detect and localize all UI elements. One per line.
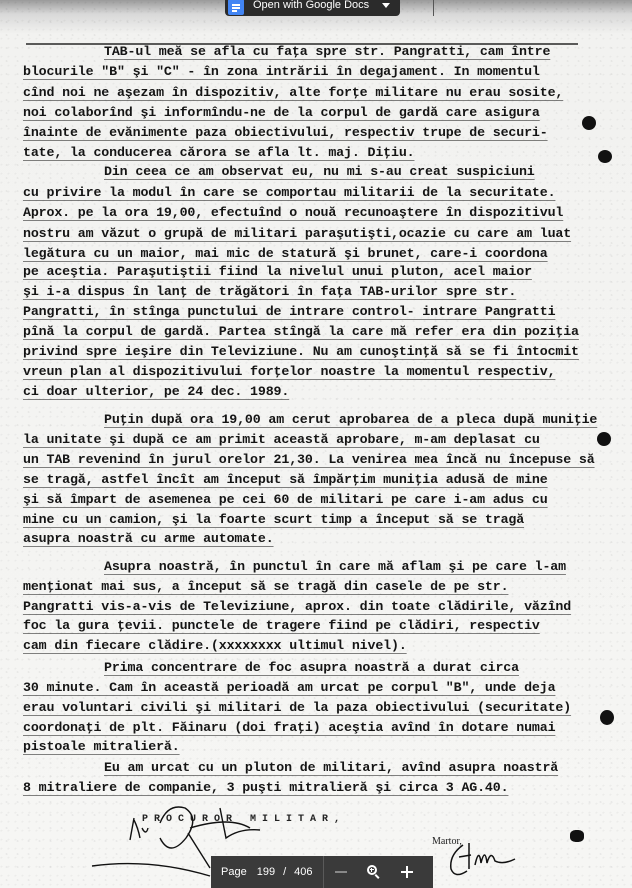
minus-icon	[335, 871, 347, 873]
text-line: Puţin după ora 19,00 am cerut aprobarea …	[104, 412, 597, 428]
text-line: asupra noastră cu arme automate.	[23, 531, 274, 547]
zoom-out-button[interactable]	[324, 856, 357, 888]
text-line: foc la gura ţevii. punctele de tragere f…	[23, 618, 540, 634]
magnifier-icon	[367, 865, 381, 879]
button-divider	[433, 0, 434, 16]
text-line: un TAB revenind în jurul orelor 21,30. L…	[23, 452, 595, 468]
ink-blot	[600, 710, 614, 725]
ink-blot	[582, 116, 596, 130]
text-line: şi i-a dispus în lanţ de trăgători în fa…	[23, 284, 516, 300]
text-line: ci doar ulterior, pe 24 dec. 1989.	[23, 384, 289, 400]
document-page: TAB-ul meă se afla cu faţa spre str. Pan…	[0, 0, 632, 888]
text-line: Asupra noastră, în punctul în care mă af…	[104, 559, 566, 575]
text-line: nostru am văzut o grupă de militari para…	[23, 226, 571, 242]
text-line: TAB-ul meă se afla cu faţa spre str. Pan…	[104, 44, 550, 60]
page-toolbar: Page 199 / 406	[211, 856, 433, 888]
text-line: Pangratti vis-a-vis de Televiziune, apro…	[23, 599, 571, 615]
zoom-in-button[interactable]	[390, 856, 423, 888]
ink-blot	[597, 432, 611, 446]
text-line: cu privire la modul în care se comportau…	[23, 185, 555, 201]
page-label: Page	[221, 866, 247, 878]
page-separator: /	[283, 866, 286, 878]
text-line: pistoale mitralieră.	[23, 739, 180, 755]
current-page-input[interactable]: 199	[257, 866, 275, 878]
ink-blot	[570, 830, 584, 842]
text-line: legătura cu un maior, mai mic de statură…	[23, 246, 548, 262]
text-line: vreun plan al dispozitivului forţelor no…	[23, 364, 555, 380]
plus-icon	[401, 866, 413, 878]
text-line: la unitate şi după ce am primit această …	[23, 432, 540, 448]
open-with-label: Open with Google Docs	[253, 0, 369, 11]
text-line: mine cu un camion, şi la foarte scurt ti…	[23, 512, 524, 528]
text-line: 30 minute. Cam în această perioadă am ur…	[23, 680, 555, 696]
zoom-fit-button[interactable]	[357, 856, 390, 888]
text-line: tate, la conducerea cărora se afla lt. m…	[23, 145, 414, 161]
text-line: se tragă, astfel încît am început să împ…	[23, 472, 548, 488]
text-line: cînd noi ne aşezam în dispozitiv, alte f…	[23, 85, 563, 101]
open-with-google-docs-button[interactable]: Open with Google Docs	[225, 0, 400, 16]
text-line: noi colaborînd şi informîndu-ne de la co…	[23, 105, 540, 121]
text-line: pe aceştia. Paraşutiştii fiind la nivelu…	[23, 264, 532, 280]
text-line: 8 mitraliere de companie, 3 puşti mitral…	[23, 780, 508, 796]
text-line: Din ceea ce am observat eu, nu mi s-au c…	[104, 164, 535, 180]
chevron-down-icon[interactable]	[382, 3, 390, 8]
text-line: pînă la corpul de gardă. Partea stîngă l…	[23, 324, 579, 340]
text-line: Eu am urcat cu un pluton de militari, av…	[104, 760, 558, 776]
text-line: şi să împart de asemenea pe cei 60 de mi…	[23, 492, 548, 508]
ink-blot	[598, 150, 612, 163]
total-pages: 406	[294, 866, 312, 878]
text-line: blocurile "B" şi "C" - în zona intrării …	[23, 64, 540, 80]
witness-signature	[445, 835, 520, 880]
text-line: privind spre ieşire din Televiziune. Nu …	[23, 344, 579, 360]
text-line: menţionat mai sus, a început să se tragă…	[23, 579, 508, 595]
text-line: coordonaţi de plt. Făinaru (doi fraţi) a…	[23, 720, 555, 736]
text-line: erau voluntari civili şi militari de la …	[23, 700, 571, 716]
text-line: înainte de evănimente paza obiectivului,…	[23, 125, 548, 141]
text-line: Prima concentrare de foc asupra noastră …	[104, 660, 519, 676]
text-line: cam din fiecare clădire.(xxxxxxxx ultimu…	[23, 638, 407, 654]
google-docs-icon	[228, 0, 244, 15]
text-line: Pangratti, în stînga punctului de intrar…	[23, 304, 555, 320]
text-line: Aprox. pe la ora 19,00, efectuînd o nouă…	[23, 205, 563, 221]
